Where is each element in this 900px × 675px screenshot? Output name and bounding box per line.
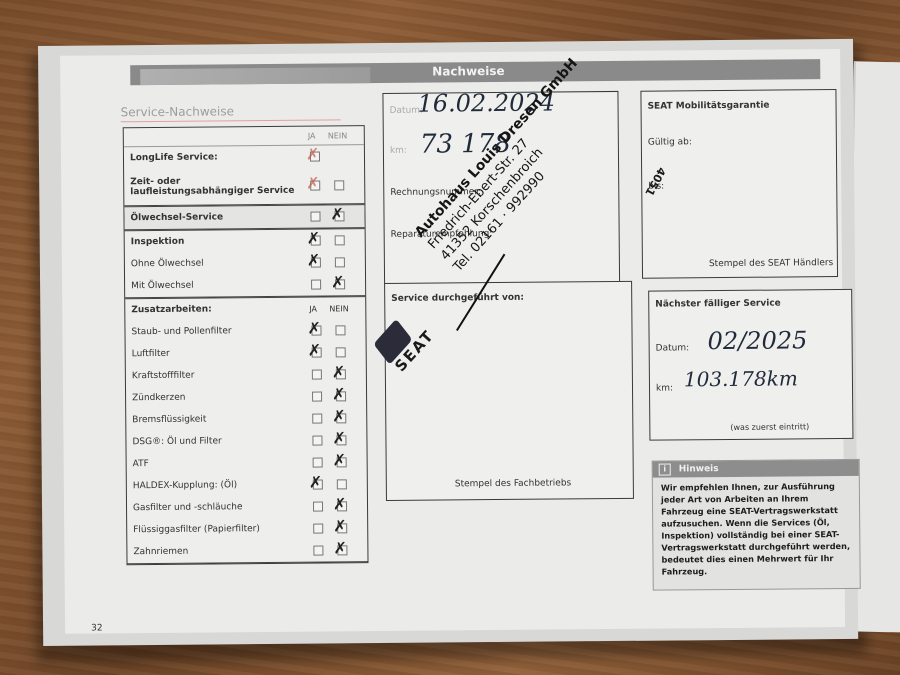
table-row: Inspektion✗ bbox=[125, 229, 365, 253]
row-label: Bremsflüssigkeit bbox=[132, 415, 206, 426]
checkbox-nein[interactable] bbox=[335, 325, 345, 335]
checkbox-nein[interactable] bbox=[334, 180, 344, 190]
mobility-title: SEAT Mobilitätsgarantie bbox=[648, 101, 770, 112]
table-row: Zahnriemen✗ bbox=[127, 539, 367, 563]
row-label: Staub- und Pollenfilter bbox=[131, 326, 231, 337]
checkbox-ja[interactable] bbox=[311, 280, 321, 290]
header-bar-left-shade bbox=[140, 67, 370, 85]
booklet-page: Nachweise Service-Nachweise JA NEIN Long… bbox=[38, 39, 858, 646]
table-row: LongLife Service:✗ bbox=[124, 145, 364, 169]
row-label: Flüssiggasfilter (Papierfilter) bbox=[133, 524, 260, 535]
next-km-label: km: bbox=[656, 383, 673, 393]
table-group: LongLife Service:✗Zeit- oder laufleistun… bbox=[124, 145, 365, 206]
check-mark-icon: ✗ bbox=[307, 229, 321, 248]
stempel-fachbetrieb-label: Stempel des Fachbetriebs bbox=[455, 478, 571, 489]
next-service-title: Nächster fälliger Service bbox=[655, 299, 781, 310]
mobility-guarantee-box: SEAT Mobilitätsgarantie Gültig ab: bis: … bbox=[640, 89, 838, 279]
check-mark-icon: ✗ bbox=[333, 516, 347, 535]
table-row: Mit Ölwechsel✗ bbox=[125, 273, 365, 297]
check-mark-icon: ✗ bbox=[308, 341, 322, 360]
check-mark-icon: ✗ bbox=[330, 204, 344, 223]
group-header-label: Zusatzarbeiten: bbox=[131, 304, 212, 315]
table-row: ATF✗ bbox=[127, 451, 367, 475]
row-label: Ohne Ölwechsel bbox=[131, 259, 204, 270]
check-mark-icon: ✗ bbox=[307, 319, 321, 338]
checkbox-nein[interactable] bbox=[336, 347, 346, 357]
row-label: Luftfilter bbox=[132, 349, 170, 359]
table-row: Ölwechsel-Service✗ bbox=[124, 205, 364, 229]
table-row: Luftfilter✗ bbox=[126, 341, 366, 365]
info-icon: i bbox=[659, 463, 671, 475]
row-label: Inspektion bbox=[131, 237, 185, 247]
next-km-value[interactable]: 103.178km bbox=[684, 366, 798, 391]
stempel-haendler-label: Stempel des SEAT Händlers bbox=[709, 258, 833, 269]
check-mark-icon: ✗ bbox=[307, 251, 321, 270]
check-mark-icon: ✗ bbox=[309, 473, 323, 492]
table-row: DSG®: Öl und Filter✗ bbox=[126, 429, 366, 453]
table-row: Staub- und Pollenfilter✗ bbox=[125, 319, 365, 343]
km-label: km: bbox=[390, 146, 407, 156]
row-label: Kraftstofffilter bbox=[132, 371, 195, 382]
row-label: LongLife Service: bbox=[130, 152, 218, 163]
checkbox-ja[interactable] bbox=[313, 502, 323, 512]
table-row: HALDEX-Kupplung: (Öl)✗ bbox=[127, 473, 367, 497]
next-datum-label: Datum: bbox=[656, 343, 690, 353]
section-title: Service-Nachweise bbox=[121, 103, 341, 122]
row-label: ATF bbox=[133, 459, 149, 469]
check-mark-icon: ✗ bbox=[333, 450, 347, 469]
row-label: Zündkerzen bbox=[132, 393, 185, 403]
service-durchgefuehrt-label: Service durchgeführt von: bbox=[391, 293, 524, 304]
checkbox-ja[interactable] bbox=[313, 524, 323, 534]
checkbox-ja[interactable] bbox=[310, 212, 320, 222]
table-row: Ohne Ölwechsel✗ bbox=[125, 251, 365, 275]
service-performed-box: Service durchgeführt von: Stempel des Fa… bbox=[384, 281, 634, 501]
check-mark-icon: ✗ bbox=[332, 428, 346, 447]
hinweis-text: Wir empfehlen Ihnen, zur Ausführung jede… bbox=[653, 476, 860, 582]
table-group: Zusatzarbeiten:JANEINStaub- und Pollenfi… bbox=[125, 296, 367, 564]
checkbox-ja[interactable] bbox=[312, 370, 322, 380]
table-row: Flüssiggasfilter (Papierfilter)✗ bbox=[127, 517, 367, 541]
col-ja-header: JA bbox=[308, 132, 316, 141]
checkbox-nein[interactable] bbox=[335, 235, 345, 245]
row-label: Zeit- oder laufleistungsabhängiger Servi… bbox=[130, 176, 300, 197]
check-mark-icon: ✗ bbox=[332, 384, 346, 403]
gueltig-ab-label: Gültig ab: bbox=[648, 137, 692, 147]
row-label: DSG®: Öl und Filter bbox=[132, 436, 221, 447]
page-title: Nachweise bbox=[432, 64, 505, 79]
row-label: HALDEX-Kupplung: (Öl) bbox=[133, 480, 237, 491]
next-service-note: (was zuerst eintritt) bbox=[730, 422, 809, 432]
table-row: Kraftstofffilter✗ bbox=[126, 363, 366, 387]
table-group: Inspektion✗Ohne Ölwechsel✗Mit Ölwechsel✗ bbox=[125, 228, 366, 298]
check-mark-icon: ✗ bbox=[306, 145, 320, 164]
service-checklist-table: JA NEIN LongLife Service:✗Zeit- oder lau… bbox=[123, 125, 369, 565]
table-row: Gasfilter und -schläuche✗ bbox=[127, 495, 367, 519]
col-nein-header: NEIN bbox=[328, 131, 347, 140]
table-header: JA NEIN bbox=[124, 126, 364, 147]
checkbox-ja[interactable] bbox=[313, 546, 323, 556]
checkbox-ja[interactable] bbox=[312, 436, 322, 446]
table-row: Zündkerzen✗ bbox=[126, 385, 366, 409]
row-label: Mit Ölwechsel bbox=[131, 281, 194, 292]
next-datum-value[interactable]: 02/2025 bbox=[707, 326, 807, 355]
page-content: Nachweise Service-Nachweise JA NEIN Long… bbox=[60, 49, 845, 634]
row-label: Gasfilter und -schläuche bbox=[133, 502, 243, 513]
check-mark-icon: ✗ bbox=[332, 362, 346, 381]
zusatzarbeiten-header: Zusatzarbeiten:JANEIN bbox=[125, 297, 365, 321]
check-mark-icon: ✗ bbox=[331, 272, 345, 291]
checkbox-nein[interactable] bbox=[337, 479, 347, 489]
checkbox-ja[interactable] bbox=[312, 392, 322, 402]
col-ja-header: JA bbox=[309, 304, 317, 313]
row-label: Zahnriemen bbox=[133, 547, 188, 557]
check-mark-icon: ✗ bbox=[332, 406, 346, 425]
checkbox-nein[interactable] bbox=[335, 257, 345, 267]
table-group: Ölwechsel-Service✗ bbox=[124, 204, 364, 230]
table-row: Bremsflüssigkeit✗ bbox=[126, 407, 366, 431]
next-service-box: Nächster fälliger Service Datum: 02/2025… bbox=[648, 289, 853, 441]
checkbox-ja[interactable] bbox=[312, 414, 322, 424]
table-row: Zeit- oder laufleistungsabhängiger Servi… bbox=[124, 167, 364, 205]
page-number: 32 bbox=[91, 623, 103, 633]
check-mark-icon: ✗ bbox=[333, 494, 347, 513]
checkbox-ja[interactable] bbox=[313, 458, 323, 468]
row-label: Ölwechsel-Service bbox=[130, 212, 223, 223]
hinweis-title: Hinweis bbox=[679, 464, 719, 474]
check-mark-icon: ✗ bbox=[333, 538, 347, 557]
hinweis-header: i Hinweis bbox=[653, 460, 859, 478]
check-mark-icon: ✗ bbox=[306, 174, 320, 193]
hinweis-box: i Hinweis Wir empfehlen Ihnen, zur Ausfü… bbox=[652, 459, 861, 591]
col-nein-header: NEIN bbox=[329, 304, 348, 313]
